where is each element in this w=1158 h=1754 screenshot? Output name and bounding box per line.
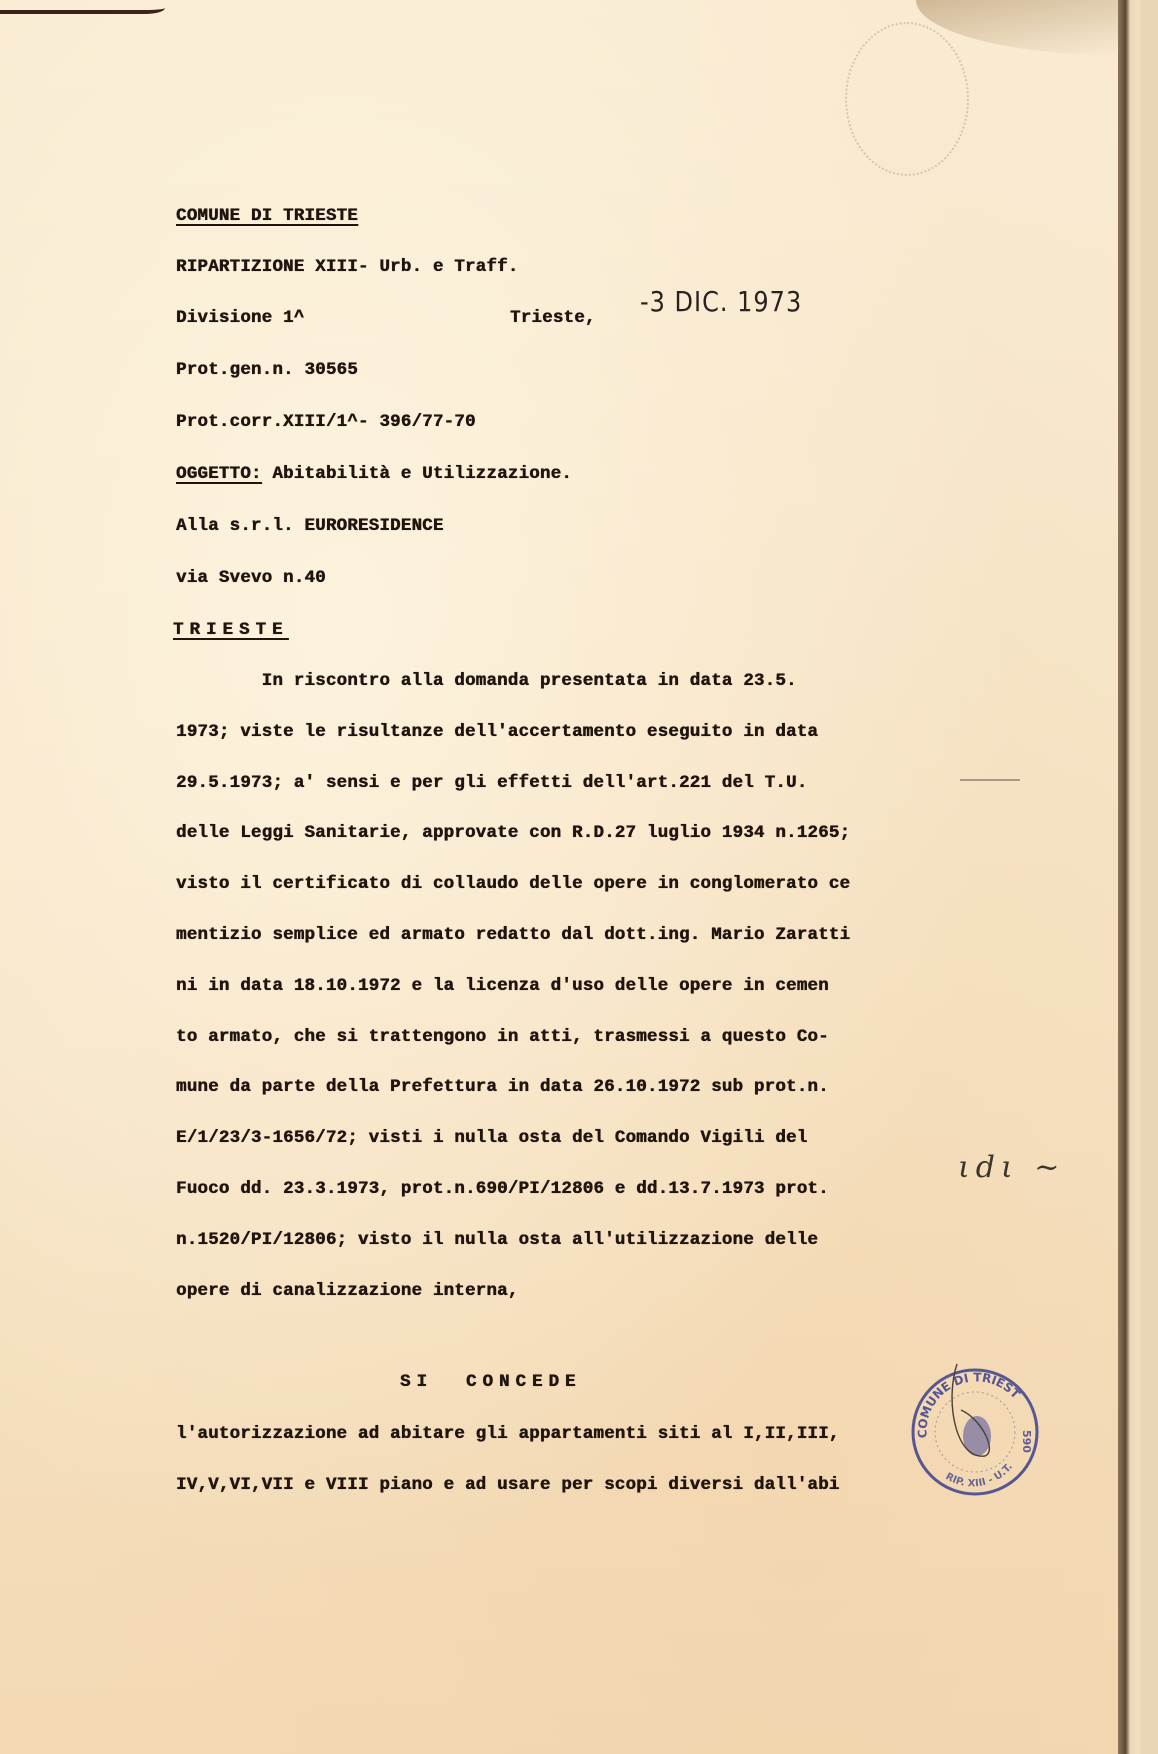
department-line: RIPARTIZIONE XIII- Urb. e Traff. [176, 257, 518, 277]
body-line: opere di canalizzazione interna, [176, 1281, 518, 1301]
body-line: mune da parte della Prefettura in data 2… [176, 1077, 829, 1097]
place-label: Trieste, [510, 308, 596, 328]
body-line: E/1/23/3-1656/72; visti i nulla osta del… [176, 1128, 807, 1148]
margin-mark [960, 779, 1020, 781]
body-line: In riscontro alla domanda presentata in … [176, 671, 797, 691]
division-line: Divisione 1^ [176, 308, 304, 328]
handwritten-initials: ιdι ~ [958, 1150, 1065, 1185]
municipality-heading: COMUNE DI TRIESTE [176, 206, 358, 226]
grant-line: l'autorizzazione ad abitare gli appartam… [176, 1424, 840, 1444]
body-line: delle Leggi Sanitarie, approvate con R.D… [176, 823, 850, 843]
subject-line: OGGETTO: Abitabilità e Utilizzazione. [176, 464, 572, 484]
document-page: COMUNE DI TRIESTE RIPARTIZIONE XIII- Urb… [0, 0, 1140, 1754]
body-line: n.1520/PI/12806; visto il nulla osta all… [176, 1230, 818, 1250]
body-line: visto il certificato di collaudo delle o… [176, 874, 850, 894]
grant-heading: SI CONCEDE [400, 1372, 582, 1392]
body-line: 29.5.1973; a' sensi e per gli effetti de… [176, 773, 807, 793]
body-line: to armato, che si trattengono in atti, t… [176, 1027, 829, 1047]
city-line: TRIESTE [173, 620, 289, 640]
recipient-line: Alla s.r.l. EURORESIDENCE [176, 516, 444, 536]
svg-text:590: 590 [1020, 1430, 1033, 1453]
address-line: via Svevo n.40 [176, 568, 326, 588]
stamp-seal-icon: COMUNE DI TRIESTE RIP. XIII - U.T. 590 [905, 1360, 1045, 1500]
protocol-correspondence: Prot.corr.XIII/1^- 396/77-70 [176, 412, 476, 432]
date-stamp: -3 DIC. 1973 [640, 286, 802, 318]
page-edge-shadow [0, 0, 165, 14]
faded-stamp-mark [845, 22, 969, 176]
body-line: Fuoco dd. 23.3.1973, prot.n.690/PI/12806… [176, 1179, 829, 1199]
grant-line: IV,V,VI,VII e VIII piano e ad usare per … [176, 1475, 840, 1495]
body-line: ni in data 18.10.1972 e la licenza d'uso… [176, 976, 829, 996]
municipal-stamp: COMUNE DI TRIESTE RIP. XIII - U.T. 590 [905, 1360, 1045, 1500]
subject-text: Abitabilità e Utilizzazione. [262, 464, 572, 484]
body-line: mentizio semplice ed armato redatto dal … [176, 925, 850, 945]
body-line: 1973; viste le risultanze dell'accertame… [176, 722, 818, 742]
protocol-general: Prot.gen.n. 30565 [176, 360, 358, 380]
subject-label: OGGETTO: [176, 464, 262, 484]
page-edge [1118, 0, 1140, 1754]
